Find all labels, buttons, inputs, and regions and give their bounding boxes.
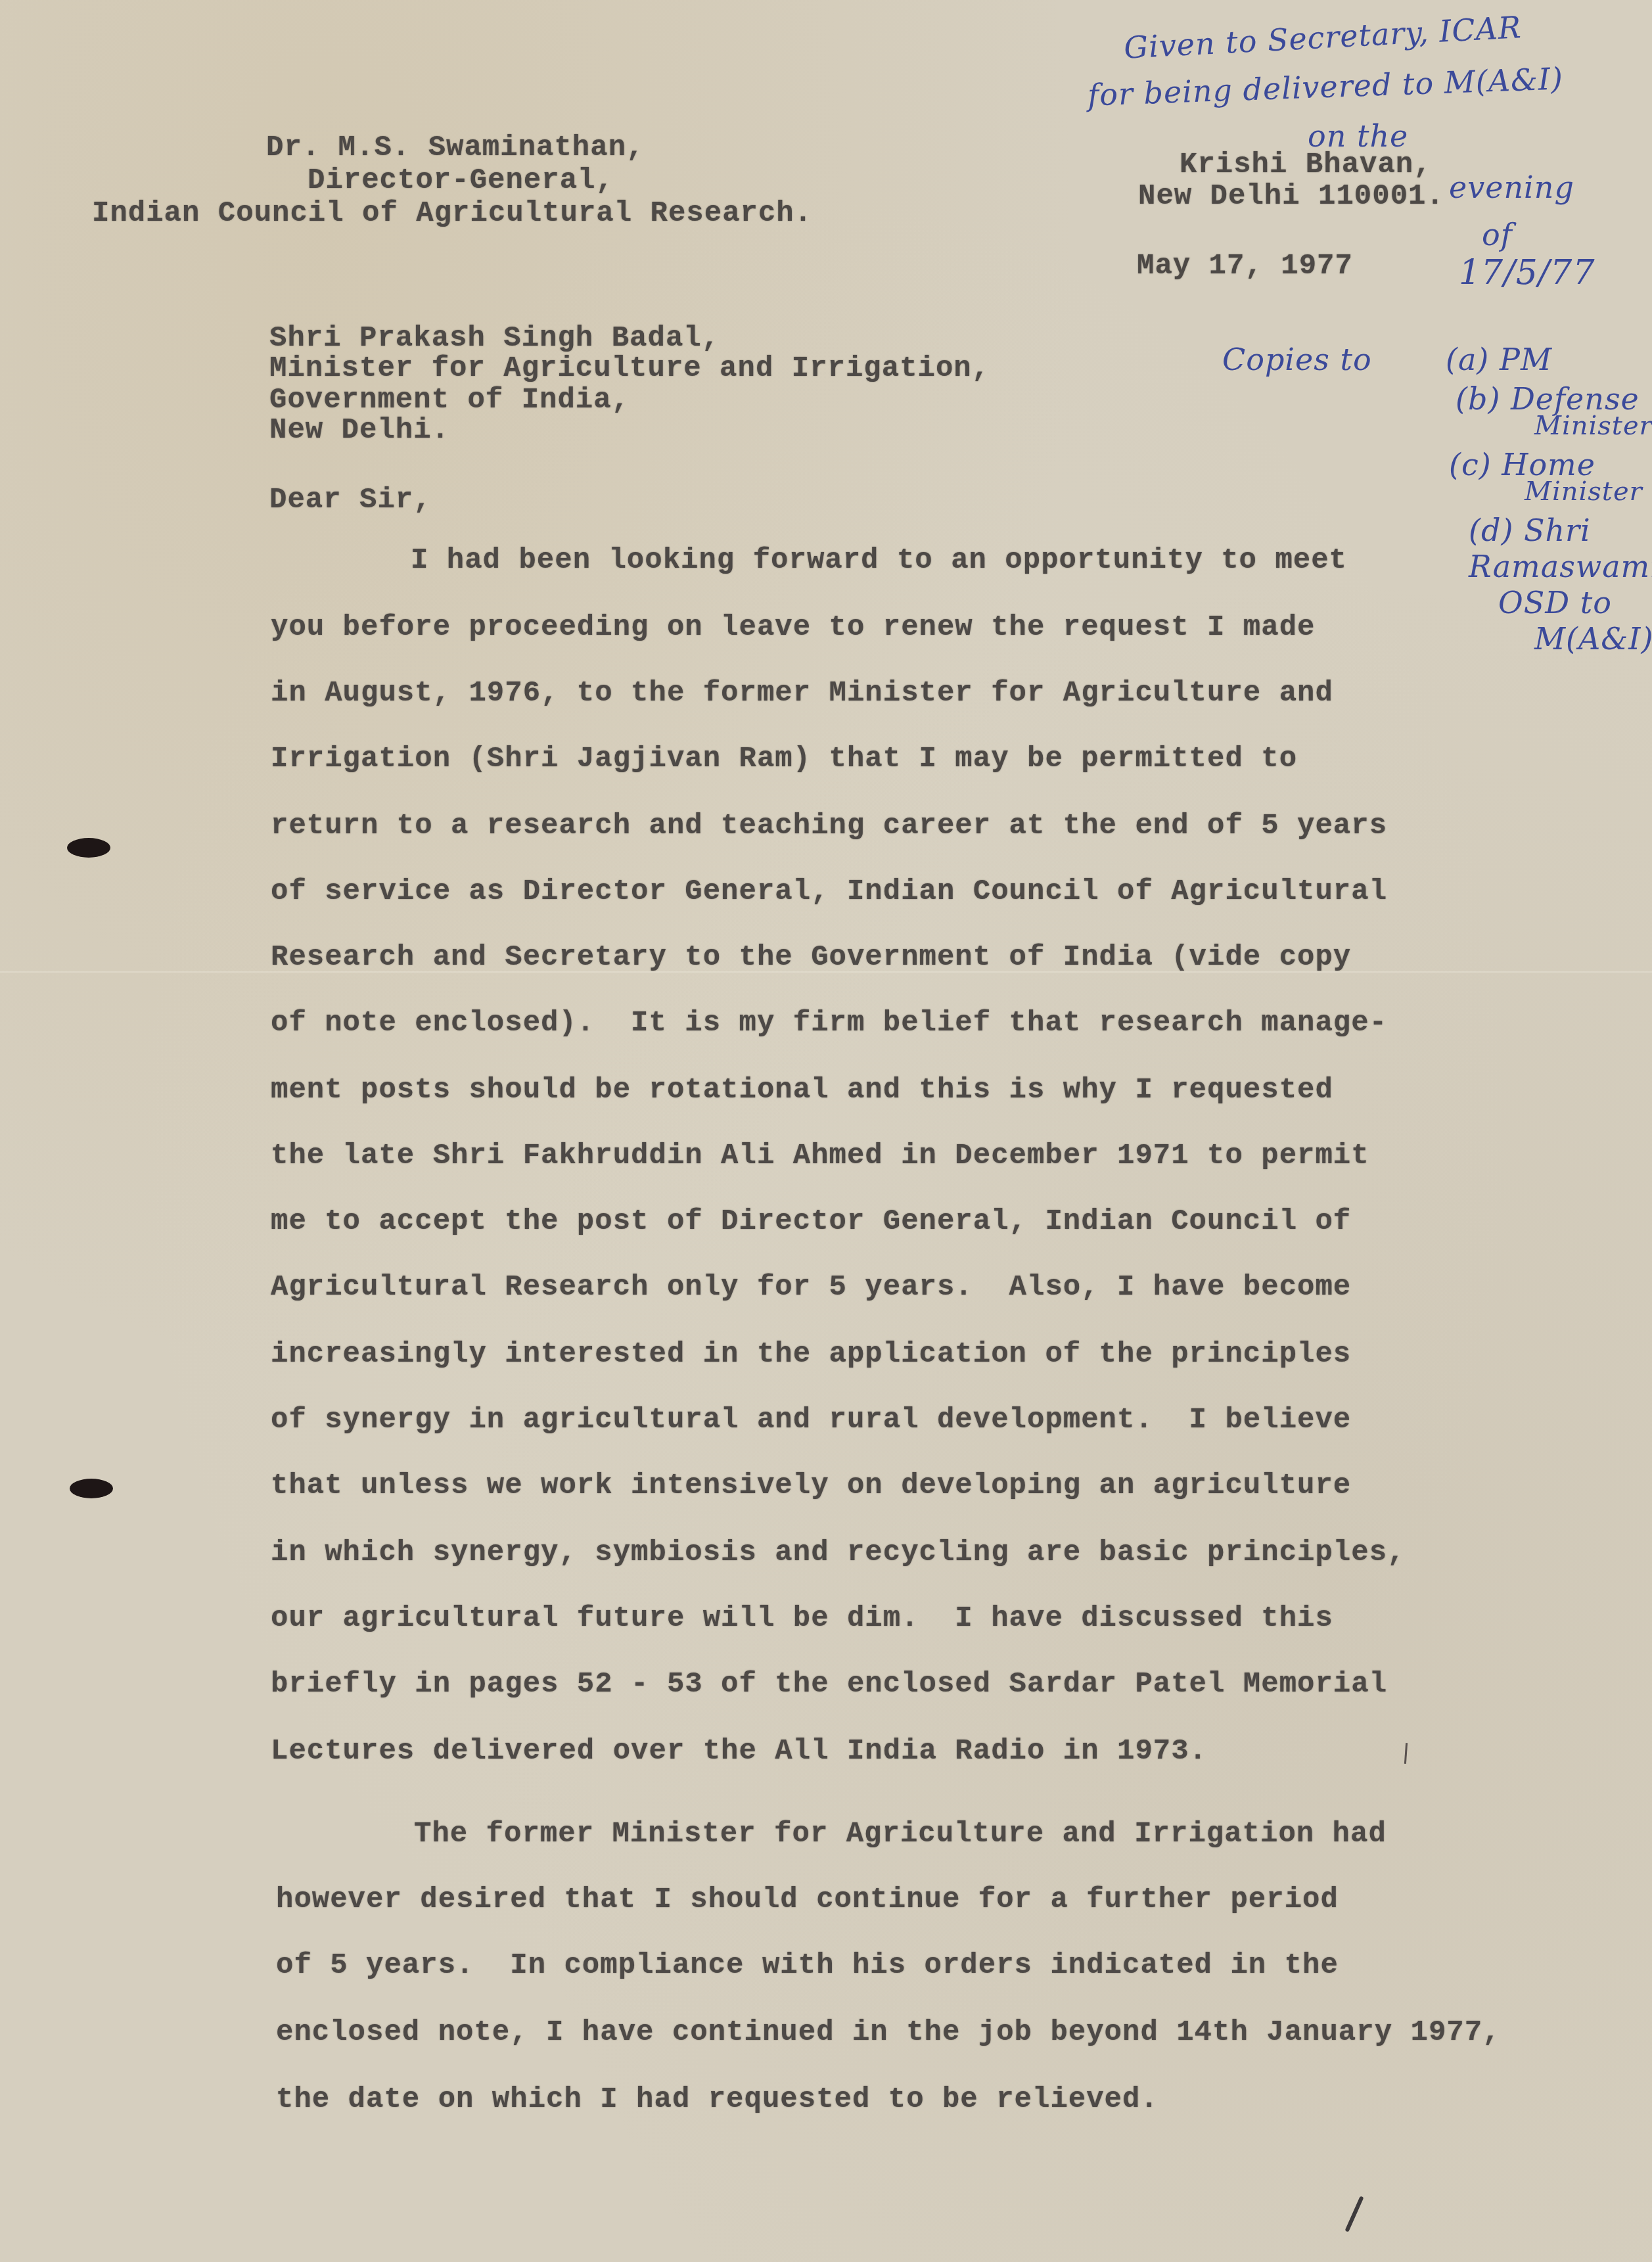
recipient-line-3: Government of India, bbox=[269, 384, 630, 417]
body-line: the late Shri Fakhruddin Ali Ahmed in De… bbox=[271, 1140, 1369, 1172]
copies-item: Minister bbox=[1534, 411, 1652, 441]
body-line: Lectures delivered over the All India Ra… bbox=[271, 1735, 1207, 1768]
body-line: the date on which I had requested to be … bbox=[276, 2083, 1159, 2116]
recipient-line-4: New Delhi. bbox=[269, 414, 449, 447]
stray-pen-mark bbox=[1404, 1743, 1408, 1764]
handwritten-line: 17/5/77 bbox=[1459, 253, 1595, 292]
body-line: of synergy in agricultural and rural dev… bbox=[271, 1404, 1351, 1437]
copies-label: Copies to bbox=[1222, 342, 1372, 377]
body-line: you before proceeding on leave to renew … bbox=[271, 611, 1315, 644]
sender-name: Dr. M.S. Swaminathan, bbox=[266, 131, 645, 164]
address-line-2: New Delhi 110001. bbox=[1138, 180, 1444, 213]
body-line: Agricultural Research only for 5 years. … bbox=[271, 1271, 1351, 1304]
body-line: Research and Secretary to the Government… bbox=[271, 941, 1351, 974]
body-line: return to a research and teaching career… bbox=[271, 810, 1387, 842]
body-line: that unless we work intensively on devel… bbox=[271, 1469, 1351, 1502]
handwritten-line: for being delivered to M(A&I) bbox=[1087, 60, 1564, 112]
salutation: Dear Sir, bbox=[269, 484, 432, 517]
body-line: of 5 years. In compliance with his order… bbox=[276, 1949, 1339, 1982]
body-line: in which synergy, symbiosis and recyclin… bbox=[271, 1536, 1405, 1569]
body-line: in August, 1976, to the former Minister … bbox=[271, 677, 1333, 710]
body-line: I had been looking forward to an opportu… bbox=[411, 544, 1347, 577]
punch-hole-top bbox=[67, 838, 110, 858]
copies-item: OSD to bbox=[1498, 585, 1612, 620]
recipient-line-2: Minister for Agriculture and Irrigation, bbox=[269, 352, 990, 385]
paper-fold-line bbox=[0, 971, 1652, 973]
punch-hole-bottom bbox=[70, 1479, 113, 1498]
handwritten-line: evening bbox=[1449, 170, 1574, 205]
page-continuation-mark bbox=[1344, 2196, 1364, 2232]
body-line: enclosed note, I have continued in the j… bbox=[276, 2016, 1501, 2049]
body-line: of note enclosed). It is my firm belief … bbox=[271, 1007, 1387, 1040]
sender-organization: Indian Council of Agricultural Research. bbox=[92, 197, 812, 230]
body-line: briefly in pages 52 - 53 of the enclosed… bbox=[271, 1668, 1387, 1701]
body-line: The former Minister for Agriculture and … bbox=[414, 1818, 1387, 1851]
copies-item: (d) Shri bbox=[1469, 513, 1591, 548]
copies-item: M(A&I) bbox=[1534, 621, 1652, 657]
body-line: our agricultural future will be dim. I h… bbox=[271, 1602, 1333, 1635]
body-line: increasingly interested in the applicati… bbox=[271, 1338, 1351, 1371]
letter-date: May 17, 1977 bbox=[1137, 250, 1353, 283]
body-line: of service as Director General, Indian C… bbox=[271, 875, 1387, 908]
body-line: Irrigation (Shri Jagjivan Ram) that I ma… bbox=[271, 743, 1297, 775]
recipient-line-1: Shri Prakash Singh Badal, bbox=[269, 322, 720, 355]
handwritten-line: of bbox=[1482, 217, 1513, 252]
handwritten-line: on the bbox=[1308, 118, 1408, 154]
body-line: however desired that I should continue f… bbox=[276, 1883, 1339, 1916]
body-line: ment posts should be rotational and this… bbox=[271, 1074, 1333, 1107]
body-line: me to accept the post of Director Genera… bbox=[271, 1205, 1351, 1238]
sender-title: Director-General, bbox=[308, 164, 614, 197]
handwritten-line: Given to Secretary, ICAR bbox=[1123, 9, 1523, 66]
copies-item: Minister bbox=[1525, 476, 1643, 507]
copies-item: (a) PM bbox=[1446, 342, 1552, 377]
copies-item: Ramaswami, bbox=[1469, 549, 1652, 584]
